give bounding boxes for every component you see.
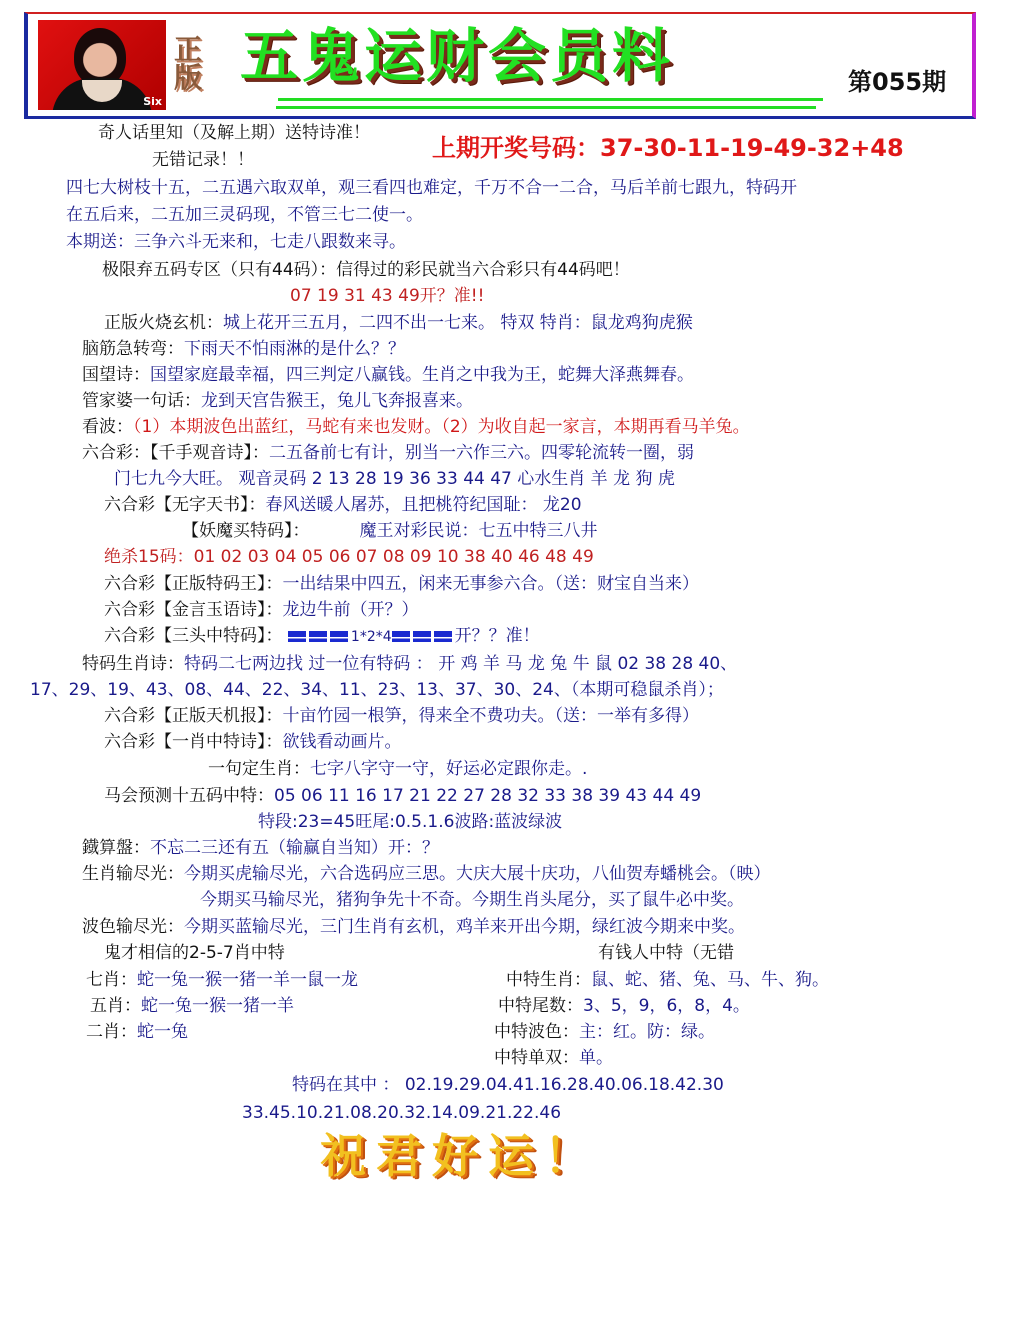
right-box-title: 有钱人中特（无错 — [598, 941, 734, 965]
photo-tag: Six — [143, 95, 162, 108]
section-fire: 正版火烧玄机：城上花开三五月，二四不出一七来。 特双 特肖：鼠龙鸡狗虎猴 — [104, 311, 693, 335]
portrait-image: Six — [38, 20, 166, 110]
last-draw-numbers: 37-30-11-19-49-32+48 — [600, 134, 904, 162]
intro-line-2: 无错记录！！ — [152, 148, 254, 172]
poem-line-3: 本期送：三争六斗无来和，七走八跟数来寻。 — [66, 230, 406, 254]
section-guanyin-2: 门七九今大旺。 观音灵码 2 13 28 19 36 33 44 47 心水生肖… — [114, 467, 675, 491]
section-housekeeper: 管家婆一句话：龙到天宫告猴王，兔儿飞奔报喜来。 — [82, 389, 473, 413]
poem-line-2: 在五后来，二五加三灵码现，不管三七二使一。 — [66, 203, 423, 227]
section-jinyan: 六合彩【金言玉语诗】：龙边牛前（开？） — [104, 598, 419, 622]
section-kill15: 绝杀15码：01 02 03 04 05 06 07 08 09 10 38 4… — [104, 545, 594, 569]
section-tianji: 六合彩【正版天机报】：十亩竹园一根笋，得来全不费功夫。（送：一举有多得） — [104, 704, 699, 728]
header-banner: Six 正版 五鬼运财会员料 第055期 — [24, 12, 976, 119]
section-zodiac-lose: 生肖输尽光：今期买虎输尽光，六合选码应三思。大庆大展十庆功，八仙贺寿蟠桃会。（映… — [82, 862, 771, 886]
section-zodiac-lose-2: 今期买马输尽光，猪狗争先十不奇。今期生肖头尾分，买了鼠牛必中奖。 — [200, 888, 744, 912]
issue-number: 第055期 — [848, 62, 946, 97]
section-guowang: 国望诗：国望家庭最幸福，四三判定八赢钱。生肖之中我为王，蛇舞大泽燕舞春。 — [82, 363, 694, 387]
last-draw-label: 上期开奖号码： — [432, 134, 600, 162]
section-riddle: 脑筋急转弯：下雨天不怕雨淋的是什么？？ — [82, 337, 405, 361]
right-box-zodiac: 中特生肖：鼠、蛇、猪、兔、马、牛、狗。 — [506, 968, 829, 992]
bar-icons-left — [288, 624, 351, 648]
section-wave-lose: 波色输尽光：今期买蓝输尽光，三门生肖有玄机，鸡羊来开出今期，绿红波今期来中奖。 — [82, 915, 745, 939]
section-tema-king: 六合彩【正版特码王】：一出结果中四五，闲来无事参六合。（送：财宝自当来） — [104, 572, 699, 596]
left-box-title: 鬼才相信的2-5-7肖中特 — [104, 941, 285, 965]
section-guanyin: 六合彩：【千手观音诗】：二五备前七有计，别当一六作三六。四零轮流转一圈，弱 — [82, 441, 694, 465]
right-box-wave: 中特波色：主：红。防：绿。 — [494, 1020, 715, 1044]
section-santou: 六合彩【三头中特码】： 1*2*4开？？准！ — [104, 624, 540, 649]
title-underline — [278, 98, 823, 101]
bar-icons-right — [392, 624, 455, 648]
section-shengxiao-numbers: 17、29、19、43、08、44、22、34、11、23、13、37、30、2… — [30, 678, 724, 702]
section-suanpan: 鐡算盤：不忘二三还有五（输赢自当知）开：？ — [82, 836, 439, 860]
poem-line-1: 四七大树枝十五，二五遇六取双单，观三看四也难定，千万不合一二合，马后羊前七跟九，… — [66, 176, 797, 200]
special-line-1: 特码在其中 ： 02.19.29.04.41.16.28.40.06.18.42… — [292, 1073, 724, 1097]
section-yaomo: 【妖魔买特码】：魔王对彩民说：七五中特三八井 — [182, 519, 598, 543]
last-draw: 上期开奖号码：37-30-11-19-49-32+48 — [432, 128, 904, 163]
right-box-tail: 中特尾数：3、5，9，6，8，4。 — [498, 994, 750, 1018]
left-box-row-5: 五肖：蛇一兔一猴一猪一羊 — [90, 994, 294, 1018]
edition-mark: 正版 — [174, 36, 204, 92]
intro-line-1: 奇人话里知（及解上期）送特诗准！ — [98, 121, 370, 145]
page-title: 五鬼运财会员料 — [240, 20, 674, 92]
left-box-row-2: 二肖：蛇一兔 — [86, 1020, 188, 1044]
section-mahui: 马会预测十五码中特：05 06 11 16 17 21 22 27 28 32 … — [104, 784, 701, 808]
title-underline-2 — [276, 106, 816, 109]
limit-zone-label: 极限弃五码专区（只有44码）：信得过的彩民就当六合彩只有44码吧！ — [102, 258, 630, 282]
good-luck-greeting: 祝君好运！ — [320, 1120, 600, 1186]
section-wave: 看波：（1）本期波色出蓝红，马蛇有来也发财。（2）为收自起一家言，本期再看马羊兔… — [82, 415, 750, 439]
section-shengxiao-poem: 特码生肖诗：特码二七两边找 过一位有特码 ： 开 鸡 羊 马 龙 兔 牛 鼠 0… — [82, 652, 737, 676]
section-one-sentence: 一句定生肖：七字八字守一守，好运必定跟你走。. — [208, 757, 587, 781]
section-tianshu: 六合彩【无字天书】：春风送暖人屠苏，且把桃符纪国耻： 龙20 — [104, 493, 582, 517]
left-box-row-7: 七肖：蛇一兔一猴一猪一羊一鼠一龙 — [86, 968, 358, 992]
limit-zone-codes: 07 19 31 43 49开？准!! — [290, 284, 484, 308]
section-teduan: 特段:23=45旺尾:0.5.1.6波路:蓝波绿波 — [258, 810, 562, 834]
section-yixiao: 六合彩【一肖中特诗】：欲钱看动画片。 — [104, 730, 402, 754]
right-box-oddeven: 中特单双：单。 — [494, 1046, 613, 1070]
